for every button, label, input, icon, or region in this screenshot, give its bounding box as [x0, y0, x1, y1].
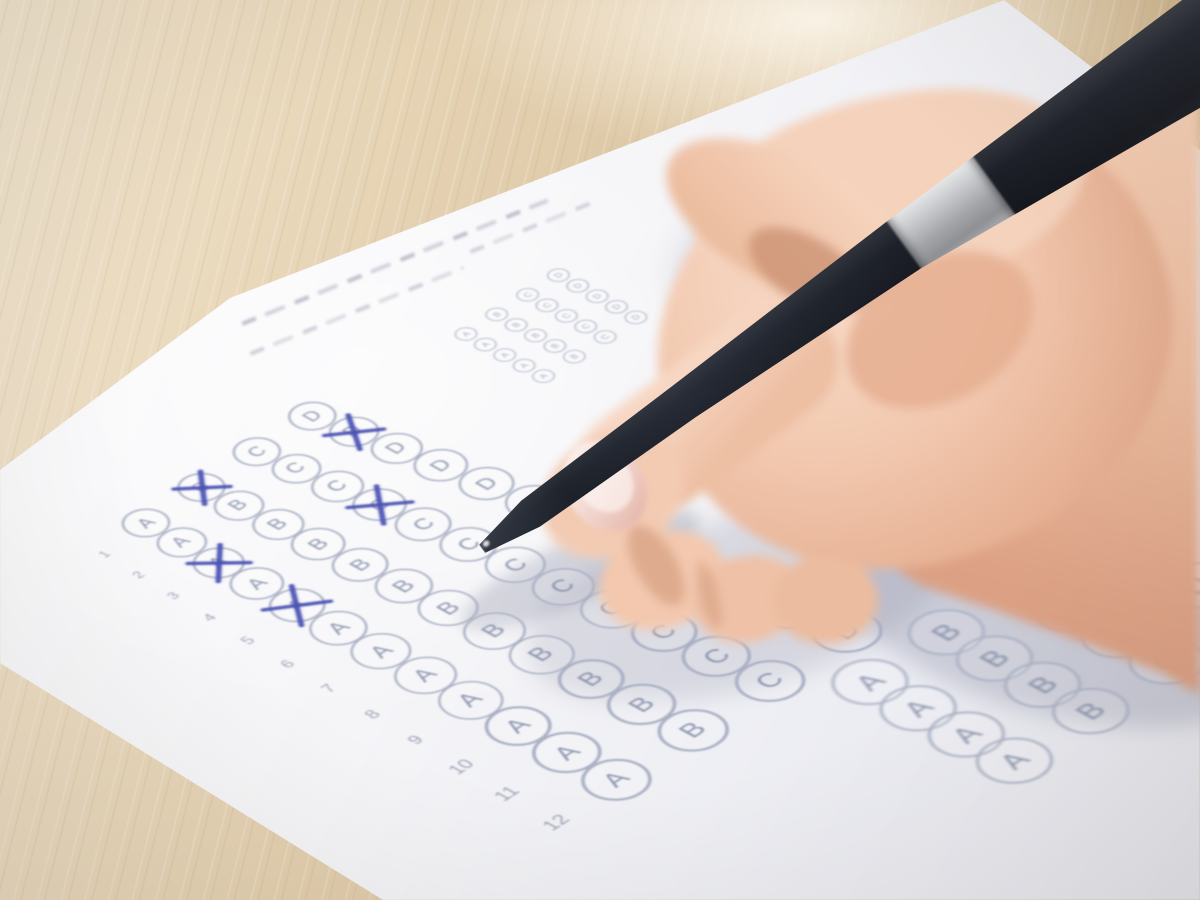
scene: 1ABCD2ABCD3ABCD4ABCD5ABCD6ABCD7ABCD8ABCD…	[0, 0, 1200, 900]
